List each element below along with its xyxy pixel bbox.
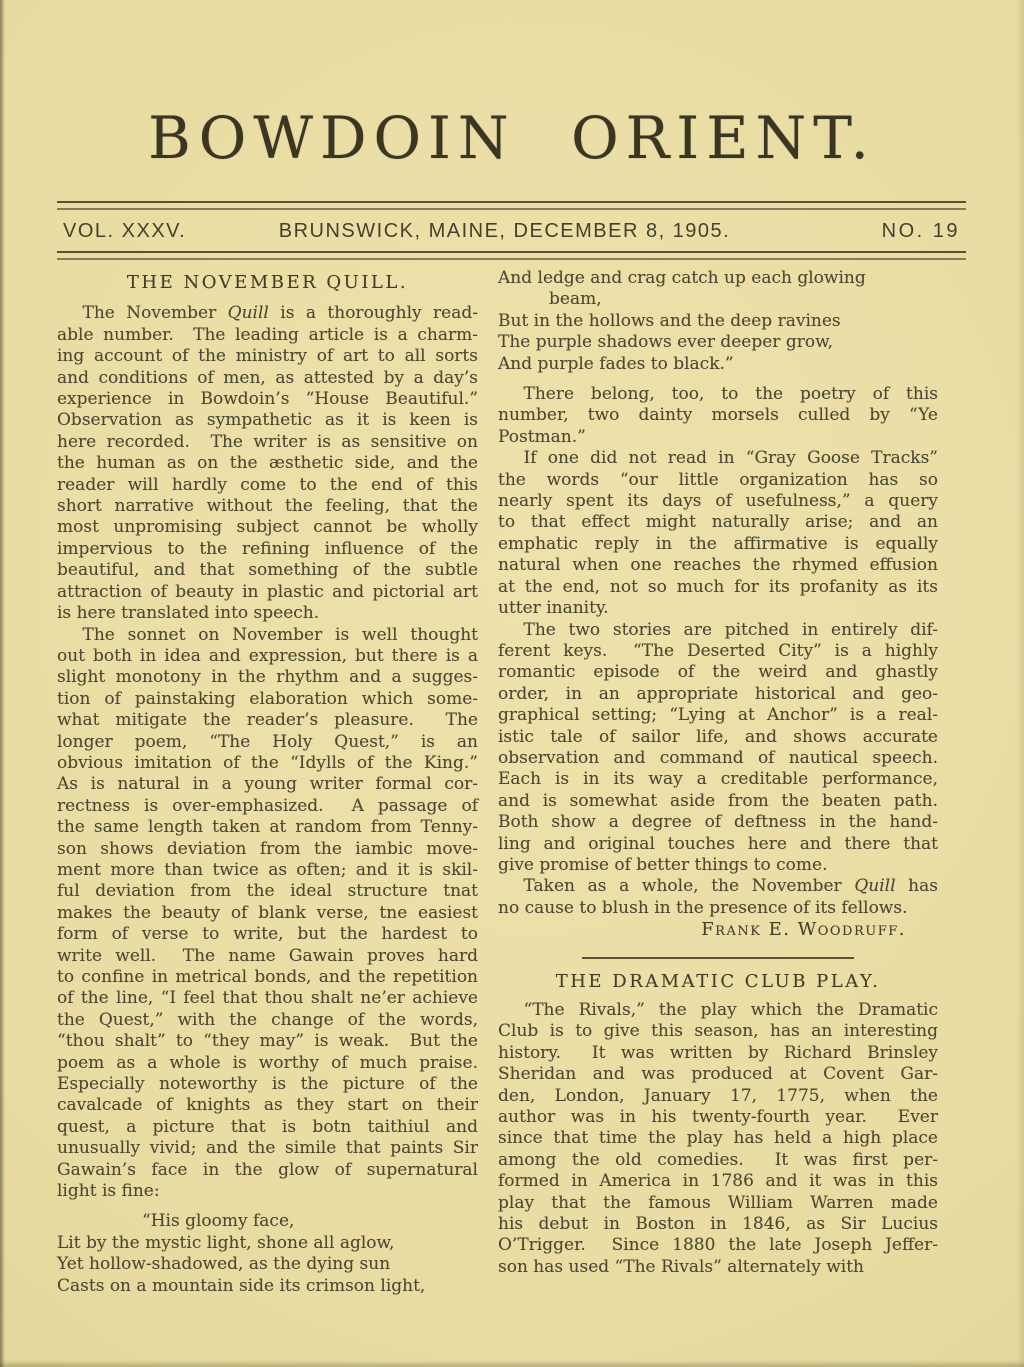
paragraph: The November Quill is a thoroughly read-… [57,303,478,624]
text-line: most unpromising subject cannot be wholl… [57,517,478,538]
text-line: ing account of the ministry of art to al… [57,346,478,367]
text-line: quest, a picture that is botn taithiul a… [57,1117,478,1138]
text-line: Taken as a whole, the November Quill has [498,876,938,897]
text-line: O’Trigger. Since 1880 the late Joseph Je… [498,1235,938,1256]
newspaper-page: BOWDOIN ORIENT. VOL. XXXV. BRUNSWICK, MA… [0,0,1024,1367]
text-line: his debut in Boston in 1846, as Sir Luci… [498,1214,938,1235]
text-line: “The Rivals,” the play which the Dramati… [498,1000,938,1021]
text-line: rectness is over-emphasized. A passage o… [57,796,478,817]
double-rule-bottom [57,251,966,260]
text-line: Lit by the mystic light, shone all aglow… [57,1233,478,1254]
text-line: den, London, January 17, 1775, when the [498,1086,938,1107]
issue-number-label: NO. 19 [882,220,960,243]
text-line: The sonnet on November is well thought [57,625,478,646]
text-line: natural when one reaches the rhymed effu… [498,555,938,576]
paragraph: The two stories are pitched in entirely … [498,620,938,877]
text-line: “thou shalt” to “they may” is weak. But … [57,1031,478,1052]
text-line: And ledge and crag catch up each glowing [498,268,938,289]
text-line: and conditions of men, as attested by a … [57,368,478,389]
text-line: the human as on the æsthetic side, and t… [57,453,478,474]
text-line: ful deviation from the ideal structure t… [57,881,478,902]
text-line: makes the beauty of blank verse, tne eas… [57,903,478,924]
text-line: nearly spent its days of usefulness,” a … [498,491,938,512]
text-line: the Quest,” with the change of the words… [57,1010,478,1031]
text-line: the words “our little organization has s… [498,470,938,491]
text-line: Each is in its way a creditable performa… [498,769,938,790]
text-line: since that time the play has held a high… [498,1128,938,1149]
text-line: give promise of better things to come. [498,855,938,876]
text-line: There belong, too, to the poetry of this [498,384,938,405]
text-line: And purple fades to black.” [498,354,938,375]
text-line: play that the famous William Warren made [498,1193,938,1214]
text-line: graphical setting; “Lying at Anchor” is … [498,705,938,726]
text-line: write well. The name Gawain proves hard [57,946,478,967]
place-date-label: BRUNSWICK, MAINE, DECEMBER 8, 1905. [57,220,952,243]
text-line: obvious imitation of the “Idylls of the … [57,753,478,774]
text-line: formed in America in 1786 and it was in … [498,1171,938,1192]
text-line: observation and command of nautical spee… [498,748,938,769]
text-line: history. It was written by Richard Brins… [498,1043,938,1064]
text-line: slight monotony in the rhythm and a sugg… [57,667,478,688]
text-line: Especially noteworthy is the picture of … [57,1074,478,1095]
text-line: beam, [498,289,938,310]
text-line: to that effect might naturally arise; an… [498,512,938,533]
author-signature: Frank E. Woodruff. [498,919,938,940]
left-column: THE NOVEMBER QUILL. The November Quill i… [57,268,478,1306]
text-line: short narrative without the feeling, tha… [57,496,478,517]
article-title-november-quill: THE NOVEMBER QUILL. [57,272,478,293]
text-line: ling and original touches here and there… [498,834,938,855]
poem-quote: “His gloomy face,Lit by the mystic light… [57,1211,478,1297]
text-line: order, in an appropriate historical and … [498,684,938,705]
text-line: emphatic reply in the affirmative is equ… [498,534,938,555]
dateline: VOL. XXXV. BRUNSWICK, MAINE, DECEMBER 8,… [57,218,966,248]
text-line: beautiful, and that something of the sub… [57,560,478,581]
paragraph: Taken as a whole, the November Quill has… [498,876,938,919]
paragraph: If one did not read in “Gray Goose Track… [498,448,938,619]
text-line: tion of painstaking elaboration which so… [57,689,478,710]
text-line: experience in Bowdoin’s “House Beautiful… [57,389,478,410]
text-line: utter inanity. [498,598,938,619]
double-rule-top [57,201,966,210]
text-line: unusually vivid; and the simile that pai… [57,1138,478,1159]
text-line: As is natural in a young writer formal c… [57,774,478,795]
poem-quote-continued: And ledge and crag catch up each glowing… [498,268,938,375]
text-line: son shows deviation from the iambic move… [57,839,478,860]
text-line: istic tale of sailor life, and shows acc… [498,727,938,748]
text-line: at the end, not so much for its profanit… [498,577,938,598]
text-line: what mitigate the reader’s pleasure. The [57,710,478,731]
text-line: to confine in metrical bonds, and the re… [57,967,478,988]
text-line: no cause to blush in the presence of its… [498,898,938,919]
masthead-title: BOWDOIN ORIENT. [0,96,1024,180]
text-line: impervious to the refining influence of … [57,539,478,560]
text-line: The purple shadows ever deeper grow, [498,332,938,353]
section-divider-rule [582,957,854,959]
text-line: attraction of beauty in plastic and pict… [57,582,478,603]
text-line: Both show a degree of deftness in the ha… [498,812,938,833]
text-line: Postman.” [498,427,938,448]
text-line: longer poem, “The Holy Quest,” is an [57,732,478,753]
text-line: son has used “The Rivals” alternately wi… [498,1257,938,1278]
text-line: able number. The leading article is a ch… [57,325,478,346]
text-line: form of verse to write, but the hardest … [57,924,478,945]
text-line: If one did not read in “Gray Goose Track… [498,448,938,469]
text-line: Observation as sympathetic as it is keen… [57,410,478,431]
text-line: reader will hardly come to the end of th… [57,475,478,496]
text-line: ferent keys. “The Deserted City” is a hi… [498,641,938,662]
text-line: author was in his twenty-fourth year. Ev… [498,1107,938,1128]
text-line: of the line, “I feel that thou shalt ne’… [57,988,478,1009]
text-line: Sheridan and was produced at Covent Gar- [498,1064,938,1085]
text-line: number, two dainty morsels culled by “Ye [498,405,938,426]
text-line: out both in idea and expression, but the… [57,646,478,667]
text-line: But in the hollows and the deep ravines [498,311,938,332]
text-line: romantic episode of the weird and ghastl… [498,662,938,683]
text-line: ment more than twice as often; and it is… [57,860,478,881]
text-line: Gawain’s face in the glow of supernatura… [57,1160,478,1181]
text-line: Club is to give this season, has an inte… [498,1021,938,1042]
text-line: Yet hollow-shadowed, as the dying sun [57,1254,478,1275]
text-line: poem as a whole is worthy of much praise… [57,1053,478,1074]
text-line: The November Quill is a thoroughly read- [57,303,478,324]
text-line: light is fine: [57,1181,478,1202]
text-line: The two stories are pitched in entirely … [498,620,938,641]
text-line: among the old comedies. It was first per… [498,1150,938,1171]
text-line: is here translated into speech. [57,603,478,624]
text-line: Casts on a mountain side its crimson lig… [57,1276,478,1297]
text-line: cavalcade of knights as they start on th… [57,1095,478,1116]
article-title-dramatic-club-play: THE DRAMATIC CLUB PLAY. [498,971,938,992]
paragraph: The sonnet on November is well thoughtou… [57,625,478,1203]
right-column: And ledge and crag catch up each glowing… [498,268,938,1278]
text-line: the same length taken at random from Ten… [57,817,478,838]
text-line: here recorded. The writer is as sensitiv… [57,432,478,453]
paragraph: “The Rivals,” the play which the Dramati… [498,1000,938,1278]
text-line: “His gloomy face, [57,1211,478,1232]
text-line: and is somewhat aside from the beaten pa… [498,791,938,812]
paragraph: There belong, too, to the poetry of this… [498,384,938,448]
